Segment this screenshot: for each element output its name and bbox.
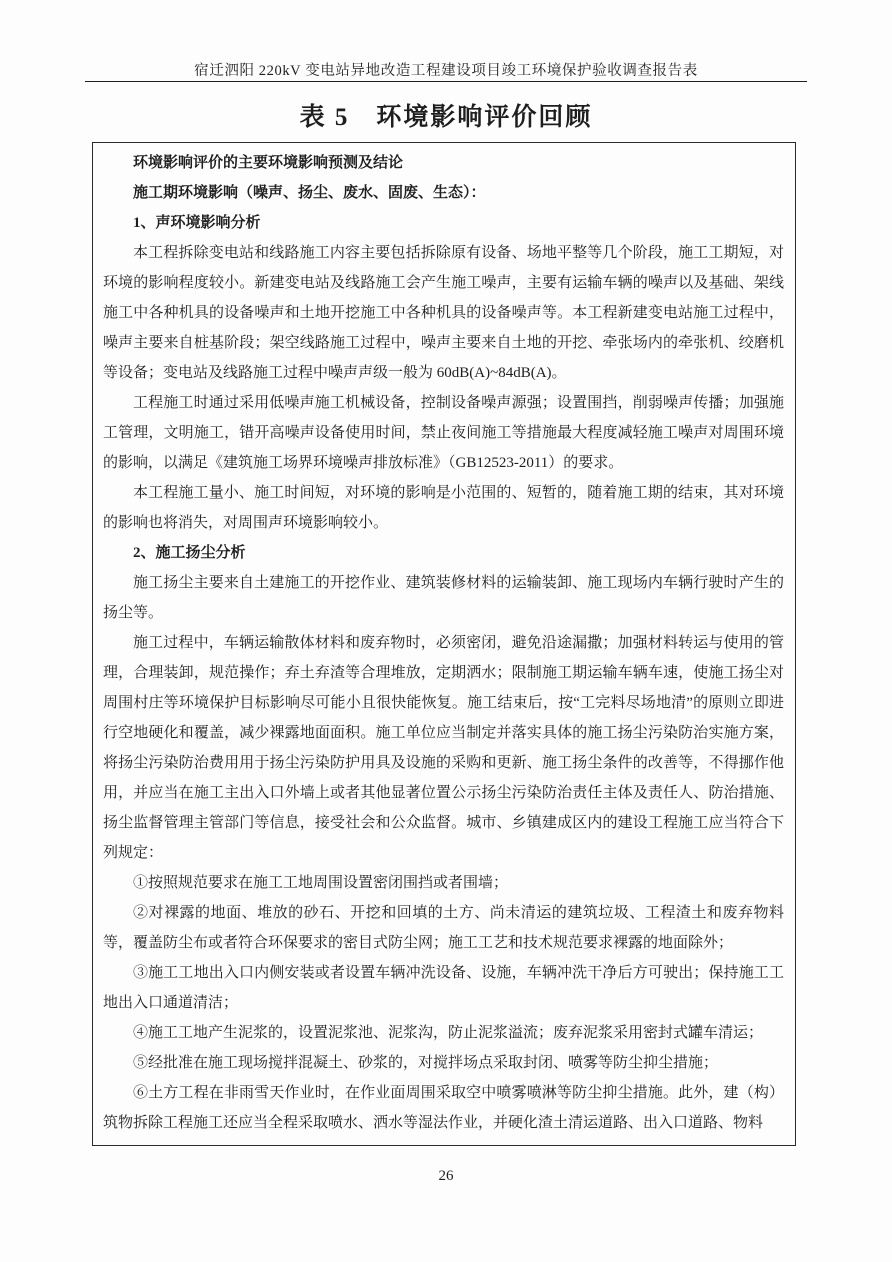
list-item-3: ③施工工地出入口内侧安装或者设置车辆冲洗设备、设施，车辆冲洗干净后方可驶出；保持… <box>103 958 784 1018</box>
page-footer: 26 <box>0 1168 892 1185</box>
subsection-heading-2: 2、施工扬尘分析 <box>103 538 784 568</box>
header-divider <box>85 81 807 82</box>
page-number: 26 <box>439 1168 454 1184</box>
list-item-4: ④施工工地产生泥浆的，设置泥浆池、泥浆沟，防止泥浆溢流；废弃泥浆采用密封式罐车清… <box>103 1018 784 1048</box>
review-table-cell: 环境影响评价的主要环境影响预测及结论 施工期环境影响（噪声、扬尘、废水、固废、生… <box>92 142 796 1146</box>
subsection-heading-1: 1、声环境影响分析 <box>103 208 784 238</box>
paragraph: 施工过程中，车辆运输散体材料和废弃物时，必须密闭，避免沿途漏撒；加强材料转运与使… <box>103 628 784 868</box>
list-item-5: ⑤经批准在施工现场搅拌混凝土、砂浆的，对搅拌场点采取封闭、喷雾等防尘抑尘措施； <box>103 1048 784 1078</box>
table-header-row: 环境影响评价的主要环境影响预测及结论 <box>103 148 784 178</box>
list-item-1: ①按照规范要求在施工工地周围设置密闭围挡或者围墙； <box>103 868 784 898</box>
paragraph: 本工程施工量小、施工时间短，对环境的影响是小范围的、短暂的，随着施工期的结束，其… <box>103 478 784 538</box>
paragraph: 工程施工时通过采用低噪声施工机械设备，控制设备噪声源强；设置围挡，削弱噪声传播；… <box>103 388 784 478</box>
running-header-text: 宿迁泗阳 220kV 变电站异地改造工程建设项目竣工环境保护验收调查报告表 <box>0 59 892 80</box>
paragraph: 本工程拆除变电站和线路施工内容主要包括拆除原有设备、场地平整等几个阶段，施工工期… <box>103 238 784 388</box>
list-item-6: ⑥土方工程在非雨雪天作业时，在作业面周围采取空中喷雾喷淋等防尘抑尘措施。此外，建… <box>103 1078 784 1138</box>
paragraph: 施工扬尘主要来自土建施工的开挖作业、建筑装修材料的运输装卸、施工现场内车辆行驶时… <box>103 568 784 628</box>
section-heading: 施工期环境影响（噪声、扬尘、废水、固废、生态）： <box>103 178 784 208</box>
list-item-2: ②对裸露的地面、堆放的砂石、开挖和回填的土方、尚未清运的建筑垃圾、工程渣土和废弃… <box>103 898 784 958</box>
page-title: 表 5 环境影响评价回顾 <box>0 97 892 133</box>
